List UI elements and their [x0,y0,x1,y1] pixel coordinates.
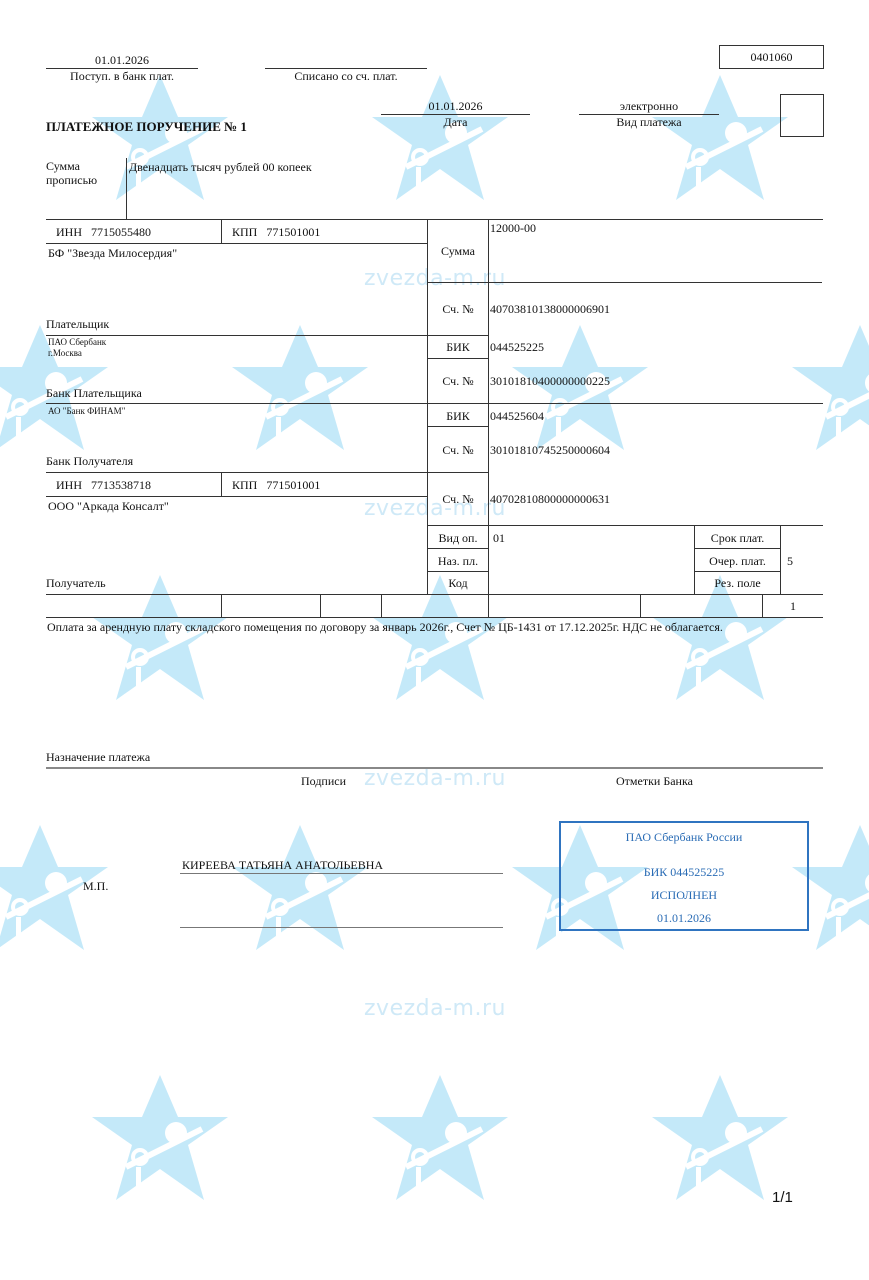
grid-line [427,426,488,427]
vid-op-value: 01 [493,531,505,546]
payer-bank-name-line1: ПАО Сбербанк [48,337,106,348]
grid-line [46,472,488,473]
payee-bik-label: БИК [428,409,488,424]
watermark-text: zvezda-m.ru [364,766,506,791]
grid-line [221,594,222,617]
amount-words-divider [126,158,127,219]
payer-bik: 044525225 [490,340,544,355]
payee-inn-label: ИНН [56,478,82,492]
bank-marks-label: Отметки Банка [616,774,693,789]
stamp-status: ИСПОЛНЕН [561,888,807,903]
signer-name: КИРЕЕВА ТАТЬЯНА АНАТОЛЬЕВНА [182,858,383,873]
grid-line [694,548,780,549]
signatures-label: Подписи [301,774,346,789]
grid-line [46,496,427,497]
sum-value: 12000-00 [490,221,536,236]
payer-bank-name-line2: г.Москва [48,348,106,359]
vid-op-label: Вид оп. [428,531,488,546]
amount-words-label-line1: Сумма [46,159,97,173]
payer-corr-label: Сч. № [428,374,488,389]
signature-line-1 [180,873,503,874]
amount-words-value: Двенадцать тысяч рублей 00 копеек [129,160,312,175]
payee-label: Получатель [46,576,106,591]
payer-kpp-label: КПП [232,225,257,239]
grid-line [780,525,781,594]
payee-bank-label: Банк Получателя [46,454,133,469]
signature-line-2 [180,927,503,928]
payer-bik-label: БИК [428,340,488,355]
grid-line [427,525,823,526]
received-label: Поступ. в банк плат. [46,69,198,84]
payment-type-label: Вид платежа [579,115,719,130]
payer-kpp-value: 771501001 [266,225,320,239]
purpose-label: Назначение платежа [46,750,150,765]
payer-account: 40703810138000006901 [490,302,610,317]
sum-label: Сумма [428,244,488,259]
payer-label: Плательщик [46,317,109,332]
watermark-star-icon [790,325,869,455]
payee-bik: 044525604 [490,409,544,424]
watermark-text: zvezda-m.ru [364,266,506,291]
ocher-plat-value: 5 [787,554,793,569]
status-box [780,94,824,137]
stamp-date: 01.01.2026 [561,911,807,926]
rez-pole-label: Рез. поле [695,576,780,591]
payee-corr-label: Сч. № [428,443,488,458]
grid-line [46,243,427,244]
payer-kpp: КПП 771501001 [232,225,320,240]
watermark-star-icon [90,75,230,205]
grid-line [46,403,823,404]
watermark-star-icon [90,1075,230,1205]
payee-kpp-label: КПП [232,478,257,492]
grid-line [488,219,489,617]
payer-name: БФ "Звезда Милосердия" [48,246,177,261]
payer-inn: ИНН 7715055480 [56,225,151,240]
received-date: 01.01.2026 [46,53,198,68]
grid-line [221,219,222,243]
page-number: 1/1 [772,1189,793,1206]
grid-line [320,594,321,617]
grid-line [221,472,222,496]
payee-corr-account: 30101810745250000604 [490,443,610,458]
stamp-bank-name: ПАО Сбербанк России [561,830,807,845]
watermark-star-icon [370,75,510,205]
watermark-star-icon [230,825,370,955]
naz-pl-label: Наз. пл. [428,554,488,569]
tax-row-last-value: 1 [763,599,823,614]
form-code-box: 0401060 [719,45,824,69]
document-title: ПЛАТЕЖНОЕ ПОРУЧЕНИЕ № 1 [46,119,247,135]
payer-inn-label: ИНН [56,225,82,239]
payee-name: ООО "Аркада Консалт" [48,499,169,514]
debited-label: Списано со сч. плат. [265,69,427,84]
payee-kpp-value: 771501001 [266,478,320,492]
grid-line [46,617,823,618]
grid-line [46,335,488,336]
payer-bank-name: ПАО Сбербанк г.Москва [48,337,106,359]
payee-inn: ИНН 7713538718 [56,478,151,493]
stamp-place-label: М.П. [83,879,108,894]
purpose-line [46,767,823,769]
srok-plat-label: Срок плат. [695,531,780,546]
ocher-plat-label: Очер. плат. [695,554,780,569]
grid-line [427,548,488,549]
payer-inn-value: 7715055480 [91,225,151,239]
grid-line [427,571,488,572]
watermark-star-icon [370,1075,510,1205]
bank-stamp: ПАО Сбербанк России БИК 044525225 ИСПОЛН… [559,821,809,931]
grid-line [427,358,488,359]
grid-line [427,282,822,283]
grid-line [381,594,382,617]
grid-line [694,571,780,572]
grid-line [640,594,641,617]
payee-bank-name: АО "Банк ФИНАМ" [48,406,125,416]
kod-label: Код [428,576,488,591]
payee-kpp: КПП 771501001 [232,478,320,493]
payee-account-label: Сч. № [428,492,488,507]
payee-account: 40702810800000000631 [490,492,610,507]
watermark-star-icon [650,1075,790,1205]
amount-words-label: Сумма прописью [46,159,97,187]
grid-line [46,594,823,595]
grid-line [46,219,823,220]
payee-inn-value: 7713538718 [91,478,151,492]
purpose-text: Оплата за арендную плату складского поме… [47,620,823,635]
payer-account-label: Сч. № [428,302,488,317]
watermark-text: zvezda-m.ru [364,996,506,1021]
payer-corr-account: 30101810400000000225 [490,374,610,389]
date-label: Дата [381,115,530,130]
amount-words-label-line2: прописью [46,173,97,187]
payer-bank-label: Банк Плательщика [46,386,142,401]
watermark-star-icon [650,75,790,205]
document-date: 01.01.2026 [381,99,530,114]
stamp-bik: БИК 044525225 [561,865,807,880]
payment-type-value: электронно [579,99,719,114]
watermark-star-icon [230,325,370,455]
